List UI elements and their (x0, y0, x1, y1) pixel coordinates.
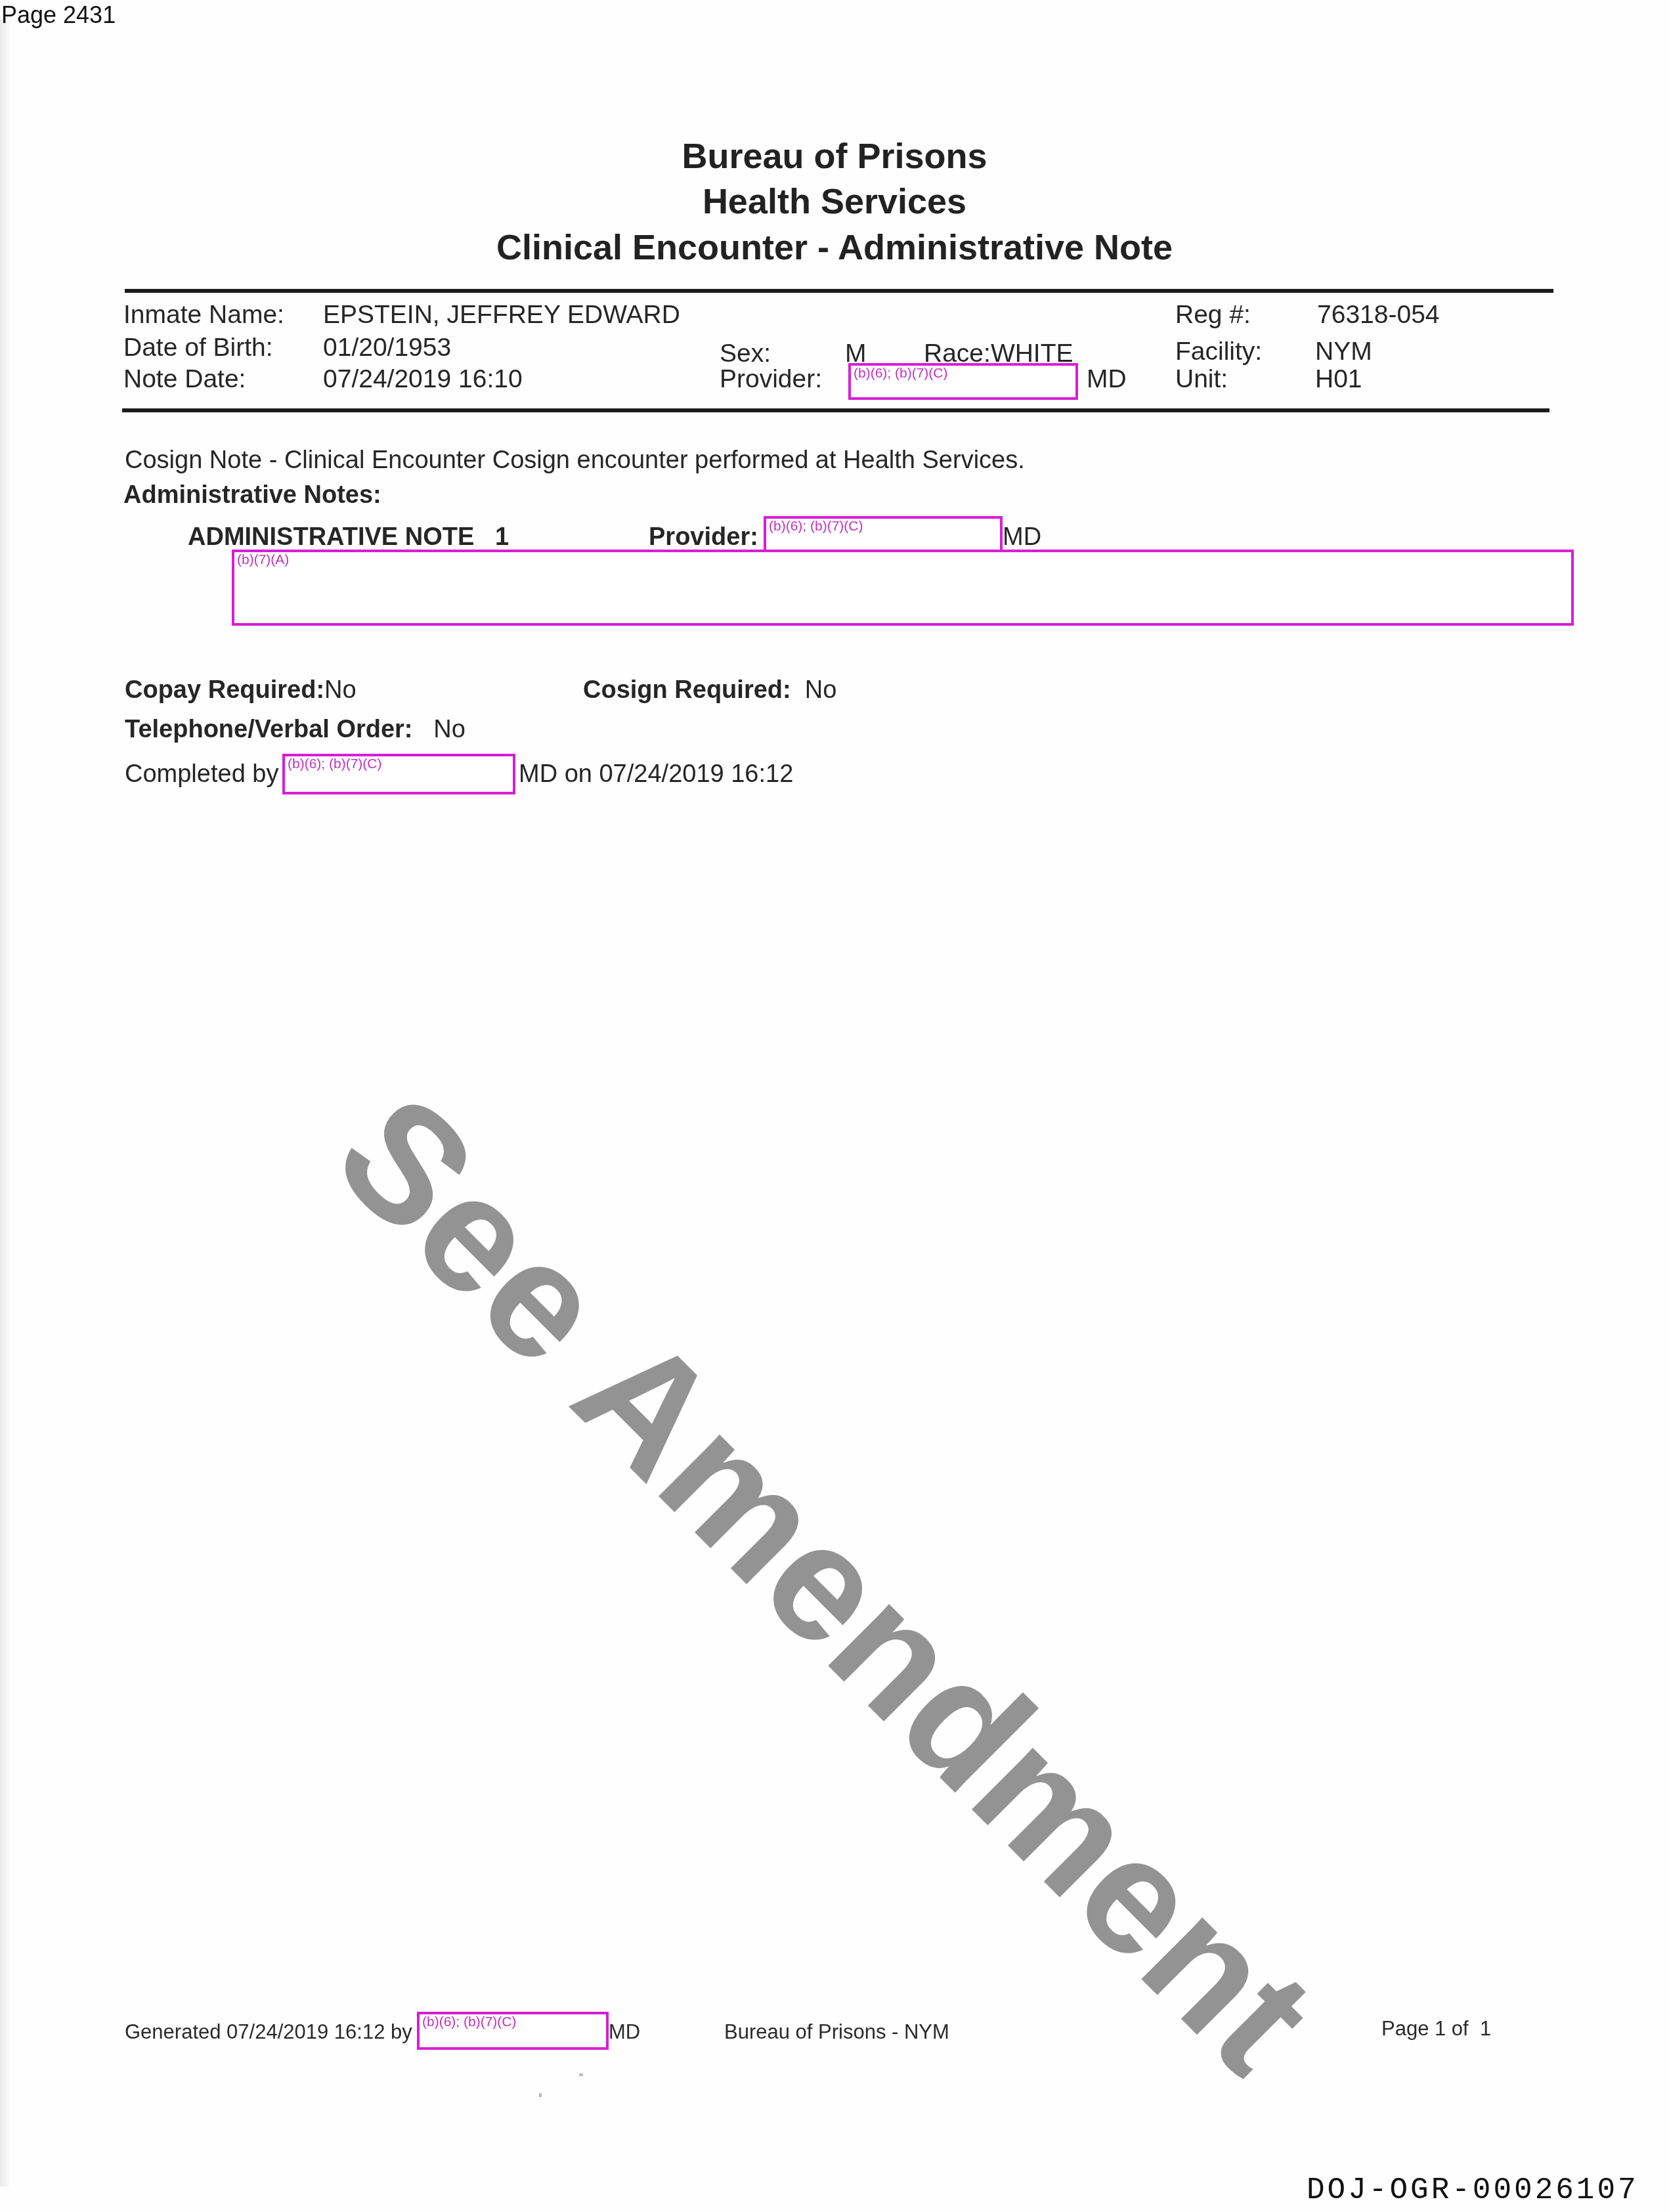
dob-label: Date of Birth: (123, 334, 273, 362)
header-rule-bottom (122, 408, 1550, 412)
inmate-name: EPSTEIN, JEFFREY EDWARD (323, 301, 680, 330)
bates-number: DOJ-OGR-00026107 (1307, 2173, 1639, 2207)
redaction-code: (b)(7)(A) (237, 552, 289, 568)
copay-label: Copay Required: (125, 676, 324, 704)
provider-redaction: (b)(6); (b)(7)(C) (848, 363, 1078, 400)
facility: NYM (1315, 337, 1372, 366)
admin-provider-label: Provider: (649, 523, 758, 552)
copay-value: No (324, 676, 357, 704)
dob: 01/20/1953 (323, 334, 451, 362)
redaction-code: (b)(6); (b)(7)(C) (769, 519, 863, 534)
telephone-label: Telephone/Verbal Order: (125, 716, 413, 743)
completed-by-redaction: (b)(6); (b)(7)(C) (282, 754, 515, 794)
note-date-label: Note Date: (123, 365, 246, 394)
scan-speck (579, 2073, 583, 2076)
page-count: Page 1 of 1 (1381, 2017, 1491, 2041)
copay-required: Copay Required:No (125, 676, 357, 705)
scan-speck (539, 2093, 542, 2097)
admin-notes-heading: Administrative Notes: (123, 481, 381, 510)
sex-label: Sex: (720, 339, 771, 368)
admin-provider-redaction: (b)(6); (b)(7)(C) (764, 516, 1003, 552)
generated-prefix: Generated 07/24/2019 16:12 by (125, 2020, 412, 2044)
header-department: Health Services (0, 181, 1669, 222)
footer-institution: Bureau of Prisons - NYM (724, 2020, 949, 2044)
generated-suffix: MD (609, 2020, 640, 2044)
reg-number: 76318-054 (1317, 301, 1440, 330)
admin-provider-suffix: MD (1003, 523, 1041, 552)
see-amendment-watermark: See Amendment (301, 1058, 1352, 2109)
document-title: Clinical Encounter - Administrative Note (0, 227, 1669, 268)
scan-edge (0, 20, 9, 2186)
generated-by-redaction: (b)(6); (b)(7)(C) (417, 2012, 609, 2050)
redaction-code: (b)(6); (b)(7)(C) (854, 366, 947, 381)
provider-label: Provider: (720, 365, 822, 394)
telephone-value: No (433, 716, 466, 743)
inmate-name-label: Inmate Name: (123, 301, 284, 330)
cosign-value: No (805, 676, 837, 704)
completed-by-prefix: Completed by (125, 760, 278, 789)
reg-label: Reg #: (1175, 301, 1251, 330)
unit: H01 (1315, 365, 1362, 394)
note-date: 07/24/2019 16:10 (323, 365, 523, 394)
cosign-note: Cosign Note - Clinical Encounter Cosign … (125, 446, 1025, 475)
cosign-required: Cosign Required: No (583, 676, 836, 705)
cosign-label: Cosign Required: (583, 676, 791, 704)
unit-label: Unit: (1175, 365, 1228, 394)
facility-label: Facility: (1175, 337, 1262, 366)
header-rule-top (125, 289, 1553, 293)
admin-note-title: ADMINISTRATIVE NOTE 1 (188, 523, 509, 552)
note-content-redaction: (b)(7)(A) (232, 550, 1574, 626)
completed-by-suffix: MD on 07/24/2019 16:12 (519, 760, 793, 789)
page-label: Page 2431 (1, 1, 116, 29)
telephone-verbal-order: Telephone/Verbal Order: No (125, 716, 466, 744)
redaction-code: (b)(6); (b)(7)(C) (422, 2014, 516, 2030)
redaction-code: (b)(6); (b)(7)(C) (288, 756, 381, 772)
header-agency: Bureau of Prisons (0, 136, 1669, 177)
provider-suffix: MD (1087, 365, 1127, 394)
